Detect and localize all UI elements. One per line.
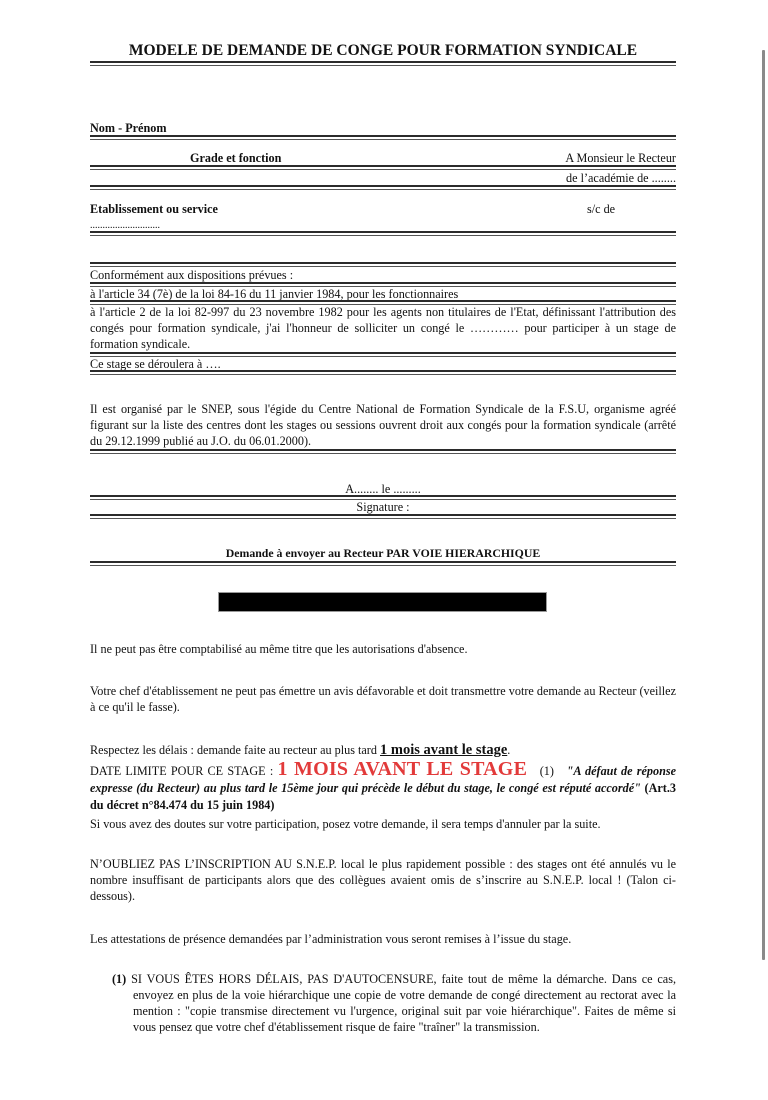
- limit-label: DATE LIMITE POUR CE STAGE :: [90, 764, 277, 778]
- grade-label: Grade et fonction: [190, 150, 281, 166]
- document-title: MODELE DE DEMANDE DE CONGE POUR FORMATIO…: [90, 43, 676, 59]
- deadline-prefix: Respectez les délais : demande faite au …: [90, 743, 380, 757]
- article-2: à l'article 2 de la loi 82-997 du 23 nov…: [90, 304, 676, 352]
- doubts-note: Si vous avez des doutes sur votre partic…: [90, 816, 601, 832]
- establishment-label: Etablissement ou service: [90, 201, 218, 217]
- divider: [90, 449, 676, 454]
- attestations-note: Les attestations de présence demandées p…: [90, 931, 571, 947]
- footnote: (1) SI VOUS ÊTES HORS DÉLAIS, PAS D'AUTO…: [112, 971, 676, 1035]
- divider: [90, 185, 676, 190]
- deadline-note: Respectez les délais : demande faite au …: [90, 742, 510, 758]
- via-label: s/c de: [587, 201, 615, 217]
- divider: [90, 370, 676, 375]
- footnote-number: (1): [112, 972, 126, 986]
- name-label: Nom - Prénom: [90, 120, 167, 136]
- divider: [90, 231, 676, 236]
- limit-value: 1 MOIS AVANT LE STAGE: [277, 758, 527, 780]
- deadline-emphasis: 1 mois avant le stage: [380, 742, 507, 758]
- recipient-line2: de l’académie de ........: [566, 170, 676, 186]
- limit-paragraph: DATE LIMITE POUR CE STAGE : 1 MOIS AVANT…: [90, 761, 676, 814]
- organizer-text: Il est organisé par le SNEP, sous l'égid…: [90, 401, 676, 449]
- not-counted-note: Il ne peut pas être comptabilisé au même…: [90, 641, 468, 657]
- redacted-block: [218, 592, 547, 612]
- signature-label: Signature :: [90, 499, 676, 515]
- intro-text: Conformément aux dispositions prévues :: [90, 267, 293, 283]
- deadline-suffix: .: [507, 743, 510, 757]
- send-instruction: Demande à envoyer au Recteur PAR VOIE HI…: [90, 545, 676, 561]
- divider: [90, 61, 676, 66]
- chief-note: Votre chef d'établissement ne peut pas é…: [90, 683, 676, 715]
- vertical-scrollbar[interactable]: [762, 50, 765, 960]
- limit-ref: (1): [540, 764, 554, 778]
- divider: [90, 561, 676, 566]
- recipient-line1: A Monsieur le Recteur: [565, 150, 676, 166]
- footnote-text: SI VOUS ÊTES HORS DÉLAIS, PAS D'AUTOCENS…: [131, 972, 676, 1034]
- divider: [90, 514, 676, 519]
- registration-note: N’OUBLIEZ PAS L’INSCRIPTION AU S.N.E.P. …: [90, 856, 676, 904]
- divider: [90, 135, 676, 140]
